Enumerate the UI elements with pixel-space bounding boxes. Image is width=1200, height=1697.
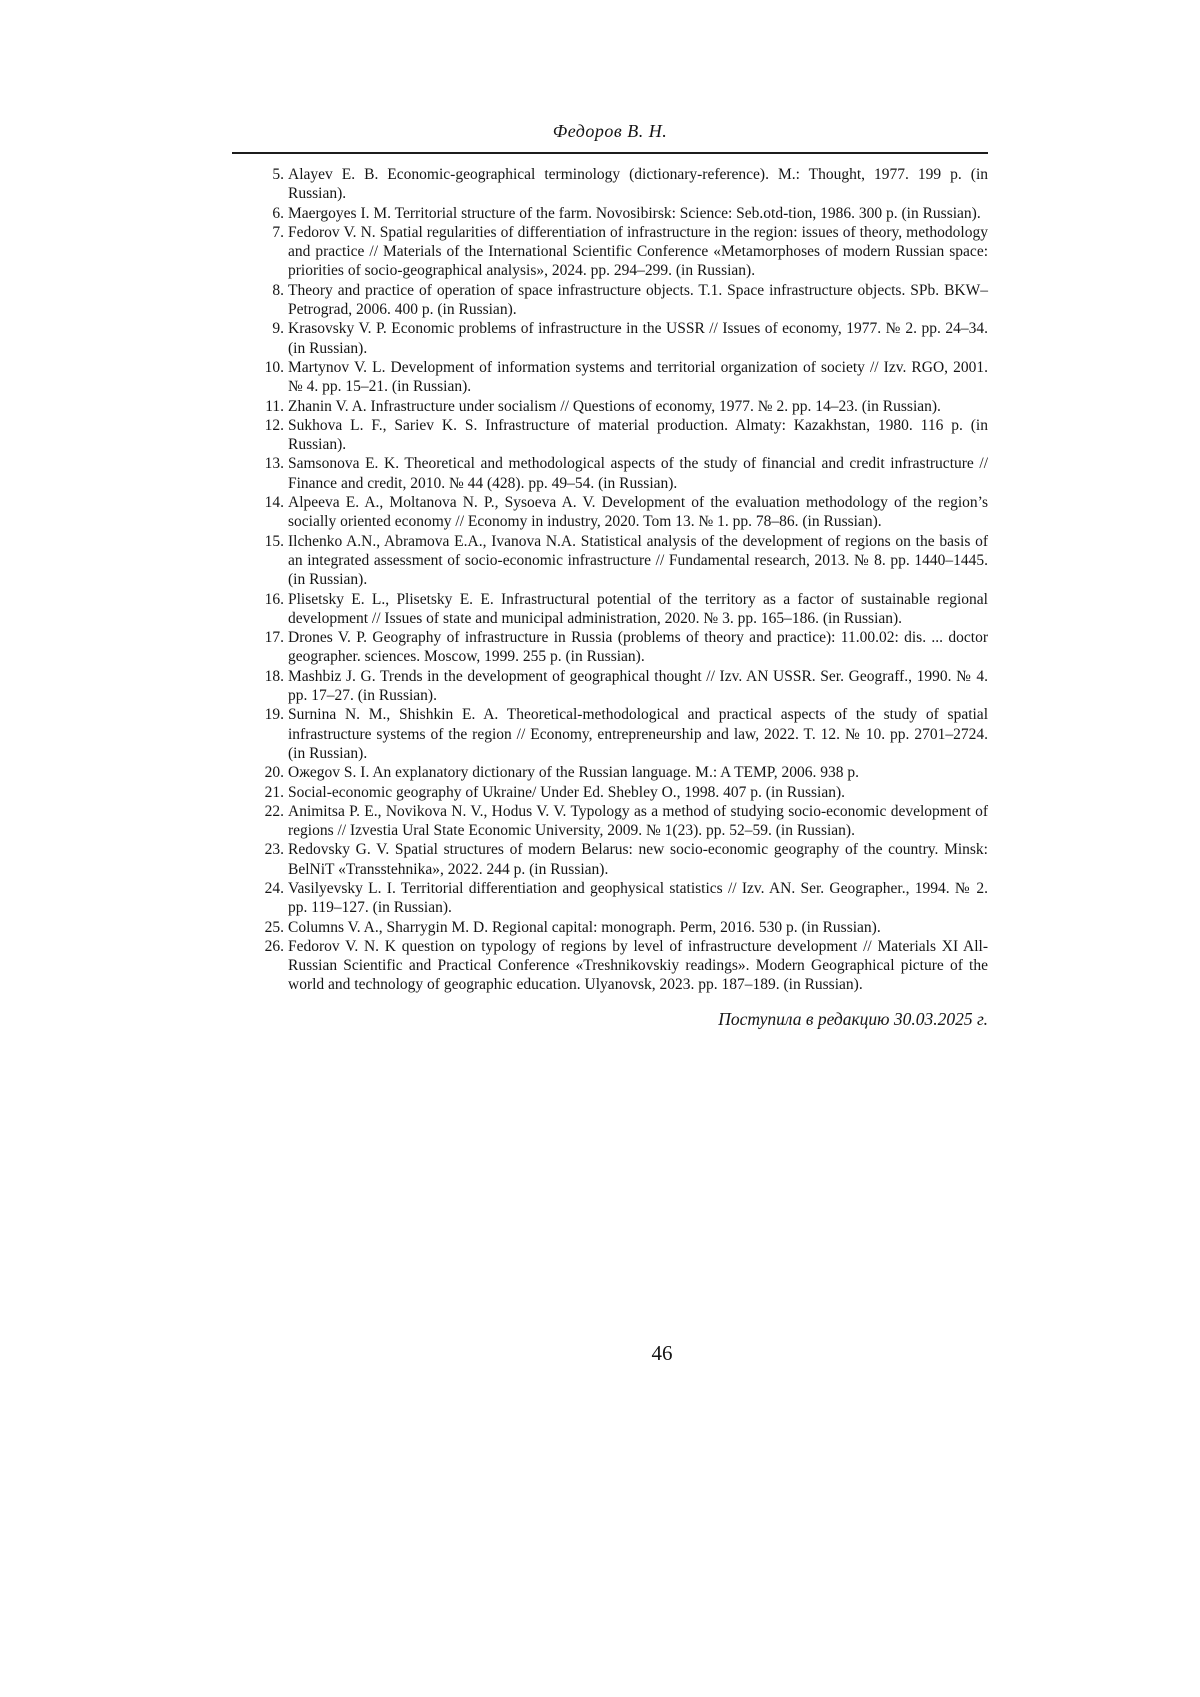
reference-item: 20.Ожegov S. I. An explanatory dictionar…: [232, 763, 988, 782]
reference-text: Zhanin V. A. Infrastructure under social…: [288, 398, 941, 415]
document-page: Федоров В. Н. 5.Alayev E. B. Economic-ge…: [0, 0, 1200, 1697]
references-list: 5.Alayev E. B. Economic-geographical ter…: [232, 165, 988, 995]
reference-number: 7.: [232, 223, 284, 242]
reference-number: 19.: [232, 705, 284, 724]
reference-item: 21.Social-economic geography of Ukraine/…: [232, 783, 988, 802]
reference-item: 16.Plisetsky E. L., Plisetsky E. E. Infr…: [232, 590, 988, 629]
reference-text: Alayev E. B. Economic-geographical termi…: [288, 166, 988, 202]
reference-number: 15.: [232, 532, 284, 551]
reference-text: Alpeeva E. A., Moltanova N. P., Sysoeva …: [288, 494, 988, 530]
reference-item: 17.Drones V. P. Geography of infrastruct…: [232, 628, 988, 667]
reference-item: 12.Sukhova L. F., Sariev K. S. Infrastru…: [232, 416, 988, 455]
reference-item: 5.Alayev E. B. Economic-geographical ter…: [232, 165, 988, 204]
reference-number: 5.: [232, 165, 284, 184]
reference-text: Surnina N. M., Shishkin E. A. Theoretica…: [288, 706, 988, 762]
reference-number: 8.: [232, 281, 284, 300]
reference-item: 23.Redovsky G. V. Spatial structures of …: [232, 840, 988, 879]
reference-number: 18.: [232, 667, 284, 686]
reference-text: Krasovsky V. P. Economic problems of inf…: [288, 320, 988, 356]
reference-number: 16.: [232, 590, 284, 609]
reference-number: 11.: [232, 397, 284, 416]
reference-text: Ожegov S. I. An explanatory dictionary o…: [288, 764, 859, 781]
reference-text: Martynov V. L. Development of informatio…: [288, 359, 988, 395]
reference-item: 13.Samsonova E. K. Theoretical and metho…: [232, 454, 988, 493]
reference-number: 25.: [232, 918, 284, 937]
reference-item: 6.Maergoyes I. M. Territorial structure …: [232, 204, 988, 223]
reference-text: Fedorov V. N. K question on typology of …: [288, 938, 988, 994]
running-head-author: Федоров В. Н.: [232, 0, 988, 143]
reference-number: 14.: [232, 493, 284, 512]
reference-item: 10.Martynov V. L. Development of informa…: [232, 358, 988, 397]
reference-text: Columns V. A., Sharrygin M. D. Regional …: [288, 919, 881, 936]
reference-number: 17.: [232, 628, 284, 647]
reference-item: 14.Alpeeva E. A., Moltanova N. P., Sysoe…: [232, 493, 988, 532]
reference-number: 26.: [232, 937, 284, 956]
reference-text: Theory and practice of operation of spac…: [288, 282, 988, 318]
reference-item: 11.Zhanin V. A. Infrastructure under soc…: [232, 397, 988, 416]
reference-number: 21.: [232, 783, 284, 802]
reference-item: 25.Columns V. A., Sharrygin M. D. Region…: [232, 918, 988, 937]
reference-text: Maergoyes I. M. Territorial structure of…: [288, 205, 981, 222]
reference-number: 10.: [232, 358, 284, 377]
reference-item: 8.Theory and practice of operation of sp…: [232, 281, 988, 320]
reference-number: 9.: [232, 319, 284, 338]
reference-text: Social-economic geography of Ukraine/ Un…: [288, 784, 845, 801]
reference-text: Plisetsky E. L., Plisetsky E. E. Infrast…: [288, 591, 988, 627]
reference-text: Redovsky G. V. Spatial structures of mod…: [288, 841, 988, 877]
reference-text: Mashbiz J. G. Trends in the development …: [288, 668, 988, 704]
reference-item: 18.Mashbiz J. G. Trends in the developme…: [232, 667, 988, 706]
reference-item: 9.Krasovsky V. P. Economic problems of i…: [232, 319, 988, 358]
text-column: Федоров В. Н. 5.Alayev E. B. Economic-ge…: [232, 0, 988, 1030]
reference-number: 13.: [232, 454, 284, 473]
reference-text: Vasilyevsky L. I. Territorial differenti…: [288, 880, 988, 916]
reference-item: 7.Fedorov V. N. Spatial regularities of …: [232, 223, 988, 281]
reference-number: 6.: [232, 204, 284, 223]
received-date-note: Поступила в редакцию 30.03.2025 г.: [232, 1008, 988, 1030]
reference-number: 20.: [232, 763, 284, 782]
reference-number: 23.: [232, 840, 284, 859]
reference-number: 24.: [232, 879, 284, 898]
reference-item: 15.Ilchenko A.N., Abramova E.A., Ivanova…: [232, 532, 988, 590]
header-rule: [232, 152, 988, 154]
reference-item: 26.Fedorov V. N. K question on typology …: [232, 937, 988, 995]
reference-item: 24.Vasilyevsky L. I. Territorial differe…: [232, 879, 988, 918]
reference-number: 12.: [232, 416, 284, 435]
reference-text: Ilchenko A.N., Abramova E.A., Ivanova N.…: [288, 533, 988, 589]
reference-item: 19.Surnina N. M., Shishkin E. A. Theoret…: [232, 705, 988, 763]
reference-number: 22.: [232, 802, 284, 821]
reference-item: 22.Animitsa P. E., Novikova N. V., Hodus…: [232, 802, 988, 841]
reference-text: Samsonova E. K. Theoretical and methodol…: [288, 455, 988, 491]
reference-text: Sukhova L. F., Sariev K. S. Infrastructu…: [288, 417, 988, 453]
reference-text: Fedorov V. N. Spatial regularities of di…: [288, 224, 988, 280]
reference-text: Drones V. P. Geography of infrastructure…: [288, 629, 988, 665]
page-number: 46: [612, 1340, 712, 1366]
reference-text: Animitsa P. E., Novikova N. V., Hodus V.…: [288, 803, 988, 839]
